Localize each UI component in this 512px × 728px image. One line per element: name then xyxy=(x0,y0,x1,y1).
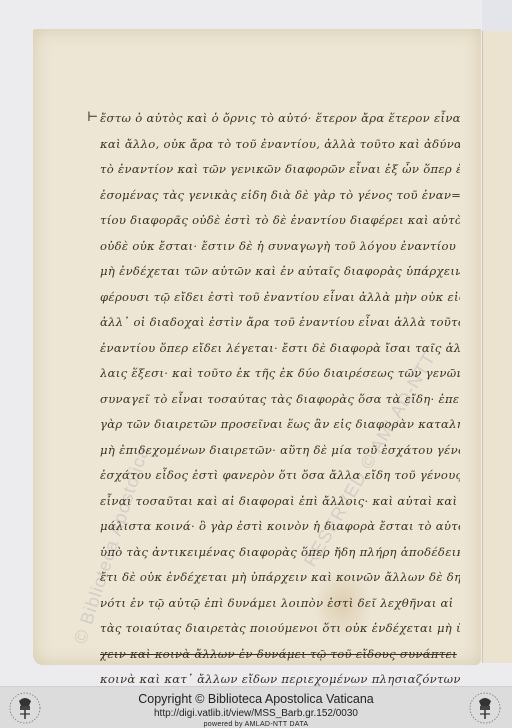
manuscript-text: ἔστω ὁ αὐτὸς καὶ ὁ ὄρνις τὸ αὐτό· ἕτερον… xyxy=(100,106,460,693)
manuscript-line-text: ὑπὸ τὰς ἀντικειμένας διαφορὰς ὅπερ ἤδη π… xyxy=(100,545,460,559)
manuscript-line: ἔστω ὁ αὐτὸς καὶ ὁ ὄρνις τὸ αὐτό· ἕτερον… xyxy=(100,106,460,132)
manuscript-line: γὰρ τῶν διαιρετῶν προσεῖναι ἕως ἂν εἰς δ… xyxy=(100,412,460,438)
manuscript-line: τὰς τοιαύτας διαιρετὰς ποιούμενοι ὅτι οὐ… xyxy=(100,616,460,642)
manuscript-line-text: ἐσχάτου εἶδος ἐστὶ φανερὸν ὅτι ὅσα ἄλλα … xyxy=(100,468,460,482)
manuscript-line: μὴ ἐπιδεχομένων διαιρετῶν· αὕτη δὲ μία τ… xyxy=(100,438,460,464)
manuscript-line: φέρουσι τῷ εἴδει ἐστὶ τοῦ ἐναντίου εἶναι… xyxy=(100,285,460,311)
manuscript-line-text: ἐναντίου ὅπερ εἴδει λέγεται· ἔστι δὲ δια… xyxy=(100,341,460,355)
manuscript-line: ὑπὸ τὰς ἀντικειμένας διαφορὰς ὅπερ ἤδη π… xyxy=(100,540,460,566)
manuscript-line-text: τὰς τοιαύτας διαιρετὰς ποιούμενοι ὅτι οὐ… xyxy=(100,621,460,635)
manuscript-line: μάλιστα κοινά· ὃ γὰρ ἐστὶ κοινὸν ἡ διαφο… xyxy=(100,514,460,540)
manuscript-line: οὐδὲ οὐκ ἔσται· ἔστιν δὲ ἡ συναγωγὴ τοῦ … xyxy=(100,234,460,260)
manuscript-line-text: χειν καὶ κοινὰ ἄλλων ἐν δυνάμει τῷ τοῦ ε… xyxy=(100,647,457,661)
manuscript-line: ἀλλ᾽ οἱ διαδοχαὶ ἐστὶν ἄρα τοῦ ἐναντίου … xyxy=(100,310,460,336)
manuscript-line-text: οὐδὲ οὐκ ἔσται· ἔστιν δὲ ἡ συναγωγὴ τοῦ … xyxy=(100,239,456,253)
manuscript-line: ἐναντίου ὅπερ εἴδει λέγεται· ἔστι δὲ δια… xyxy=(100,336,460,362)
viewer-background-right xyxy=(482,0,512,31)
manuscript-line: καὶ ἄλλο, οὐκ ἄρα τὸ τοῦ ἐναντίου, ἀλλὰ … xyxy=(100,132,460,158)
permalink-url[interactable]: http://digi.vatlib.it/view/MSS_Barb.gr.1… xyxy=(0,708,512,719)
marginal-mark: ⊢ xyxy=(87,110,98,125)
manuscript-line: νότι ἐν τῷ αὐτῷ ἐπὶ δυνάμει λοιπὸν ἐστὶ … xyxy=(100,591,460,617)
manuscript-line: εἶναι τοσαῦται καὶ αἱ διαφοραὶ ἐπὶ ἄλλοι… xyxy=(100,489,460,515)
powered-by-text: powered by AMLAD-NTT DATA xyxy=(0,721,512,728)
manuscript-line-text: συναγεῖ τὸ εἶναι τοσαύτας τὰς διαφορὰς ὅ… xyxy=(100,392,460,406)
manuscript-line-text: γὰρ τῶν διαιρετῶν προσεῖναι ἕως ἂν εἰς δ… xyxy=(100,417,460,431)
manuscript-line: χειν καὶ κοινὰ ἄλλων ἐν δυνάμει τῷ τοῦ ε… xyxy=(100,642,460,668)
manuscript-line: μὴ ἐνδέχεται τῶν αὐτῶν καὶ ἐν αὐταῖς δια… xyxy=(100,259,460,285)
manuscript-line: τίου διαφορᾶς οὐδὲ ἐστὶ τὸ δὲ ἐναντίου δ… xyxy=(100,208,460,234)
manuscript-line: ἔτι δὲ οὐκ ἐνδέχεται μὴ ὑπάρχειν καὶ κοι… xyxy=(100,565,460,591)
manuscript-line-text: καὶ ἄλλο, οὐκ ἄρα τὸ τοῦ ἐναντίου, ἀλλὰ … xyxy=(100,137,460,151)
manuscript-line-text: εἶναι τοσαῦται καὶ αἱ διαφοραὶ ἐπὶ ἄλλοι… xyxy=(100,494,457,508)
manuscript-line-text: φέρουσι τῷ εἴδει ἐστὶ τοῦ ἐναντίου εἶναι… xyxy=(100,290,460,304)
manuscript-line-text: τὸ ἐναντίον καὶ τῶν γενικῶν διαφορῶν εἶν… xyxy=(100,162,460,176)
manuscript-line-text: λαις ἕξεσι· καὶ τοῦτο ἐκ τῆς ἐκ δύο διαι… xyxy=(100,366,460,380)
manuscript-line-text: ἐσομένας τὰς γενικὰς εἰδη διὰ δὲ γὰρ τὸ … xyxy=(100,188,460,202)
manuscript-line: λαις ἕξεσι· καὶ τοῦτο ἐκ τῆς ἐκ δύο διαι… xyxy=(100,361,460,387)
manuscript-line-text: μὴ ἐπιδεχομένων διαιρετῶν· αὕτη δὲ μία τ… xyxy=(100,443,460,457)
manuscript-line-text: μάλιστα κοινά· ὃ γὰρ ἐστὶ κοινὸν ἡ διαφο… xyxy=(100,519,460,533)
manuscript-line: ἐσομένας τὰς γενικὰς εἰδη διὰ δὲ γὰρ τὸ … xyxy=(100,183,460,209)
manuscript-line-text: νότι ἐν τῷ αὐτῷ ἐπὶ δυνάμει λοιπὸν ἐστὶ … xyxy=(100,596,454,610)
manuscript-line-text: ἀλλ᾽ οἱ διαδοχαὶ ἐστὶν ἄρα τοῦ ἐναντίου … xyxy=(100,315,460,329)
footer: Copyright © Biblioteca Apostolica Vatica… xyxy=(0,686,512,728)
manuscript-line: συναγεῖ τὸ εἶναι τοσαύτας τὰς διαφορὰς ὅ… xyxy=(100,387,460,413)
manuscript-line-text: ἔτι δὲ οὐκ ἐνδέχεται μὴ ὑπάρχειν καὶ κοι… xyxy=(100,570,460,584)
manuscript-line-text: κοινὰ καὶ κατ᾽ ἄλλων εἴδων περιεχομένων … xyxy=(100,672,460,686)
manuscript-line-text: ἔστω ὁ αὐτὸς καὶ ὁ ὄρνις τὸ αὐτό· ἕτερον… xyxy=(100,111,460,125)
manuscript-line-text: μὴ ἐνδέχεται τῶν αὐτῶν καὶ ἐν αὐταῖς δια… xyxy=(100,264,460,278)
vatican-library-seal-icon xyxy=(465,691,505,727)
adjacent-page-edge xyxy=(482,31,512,663)
manuscript-line: τὸ ἐναντίον καὶ τῶν γενικῶν διαφορῶν εἶν… xyxy=(100,157,460,183)
manuscript-line: ἐσχάτου εἶδος ἐστὶ φανερὸν ὅτι ὅσα ἄλλα … xyxy=(100,463,460,489)
manuscript-line-text: τίου διαφορᾶς οὐδὲ ἐστὶ τὸ δὲ ἐναντίου δ… xyxy=(100,213,460,227)
copyright-text: Copyright © Biblioteca Apostolica Vatica… xyxy=(0,692,512,706)
